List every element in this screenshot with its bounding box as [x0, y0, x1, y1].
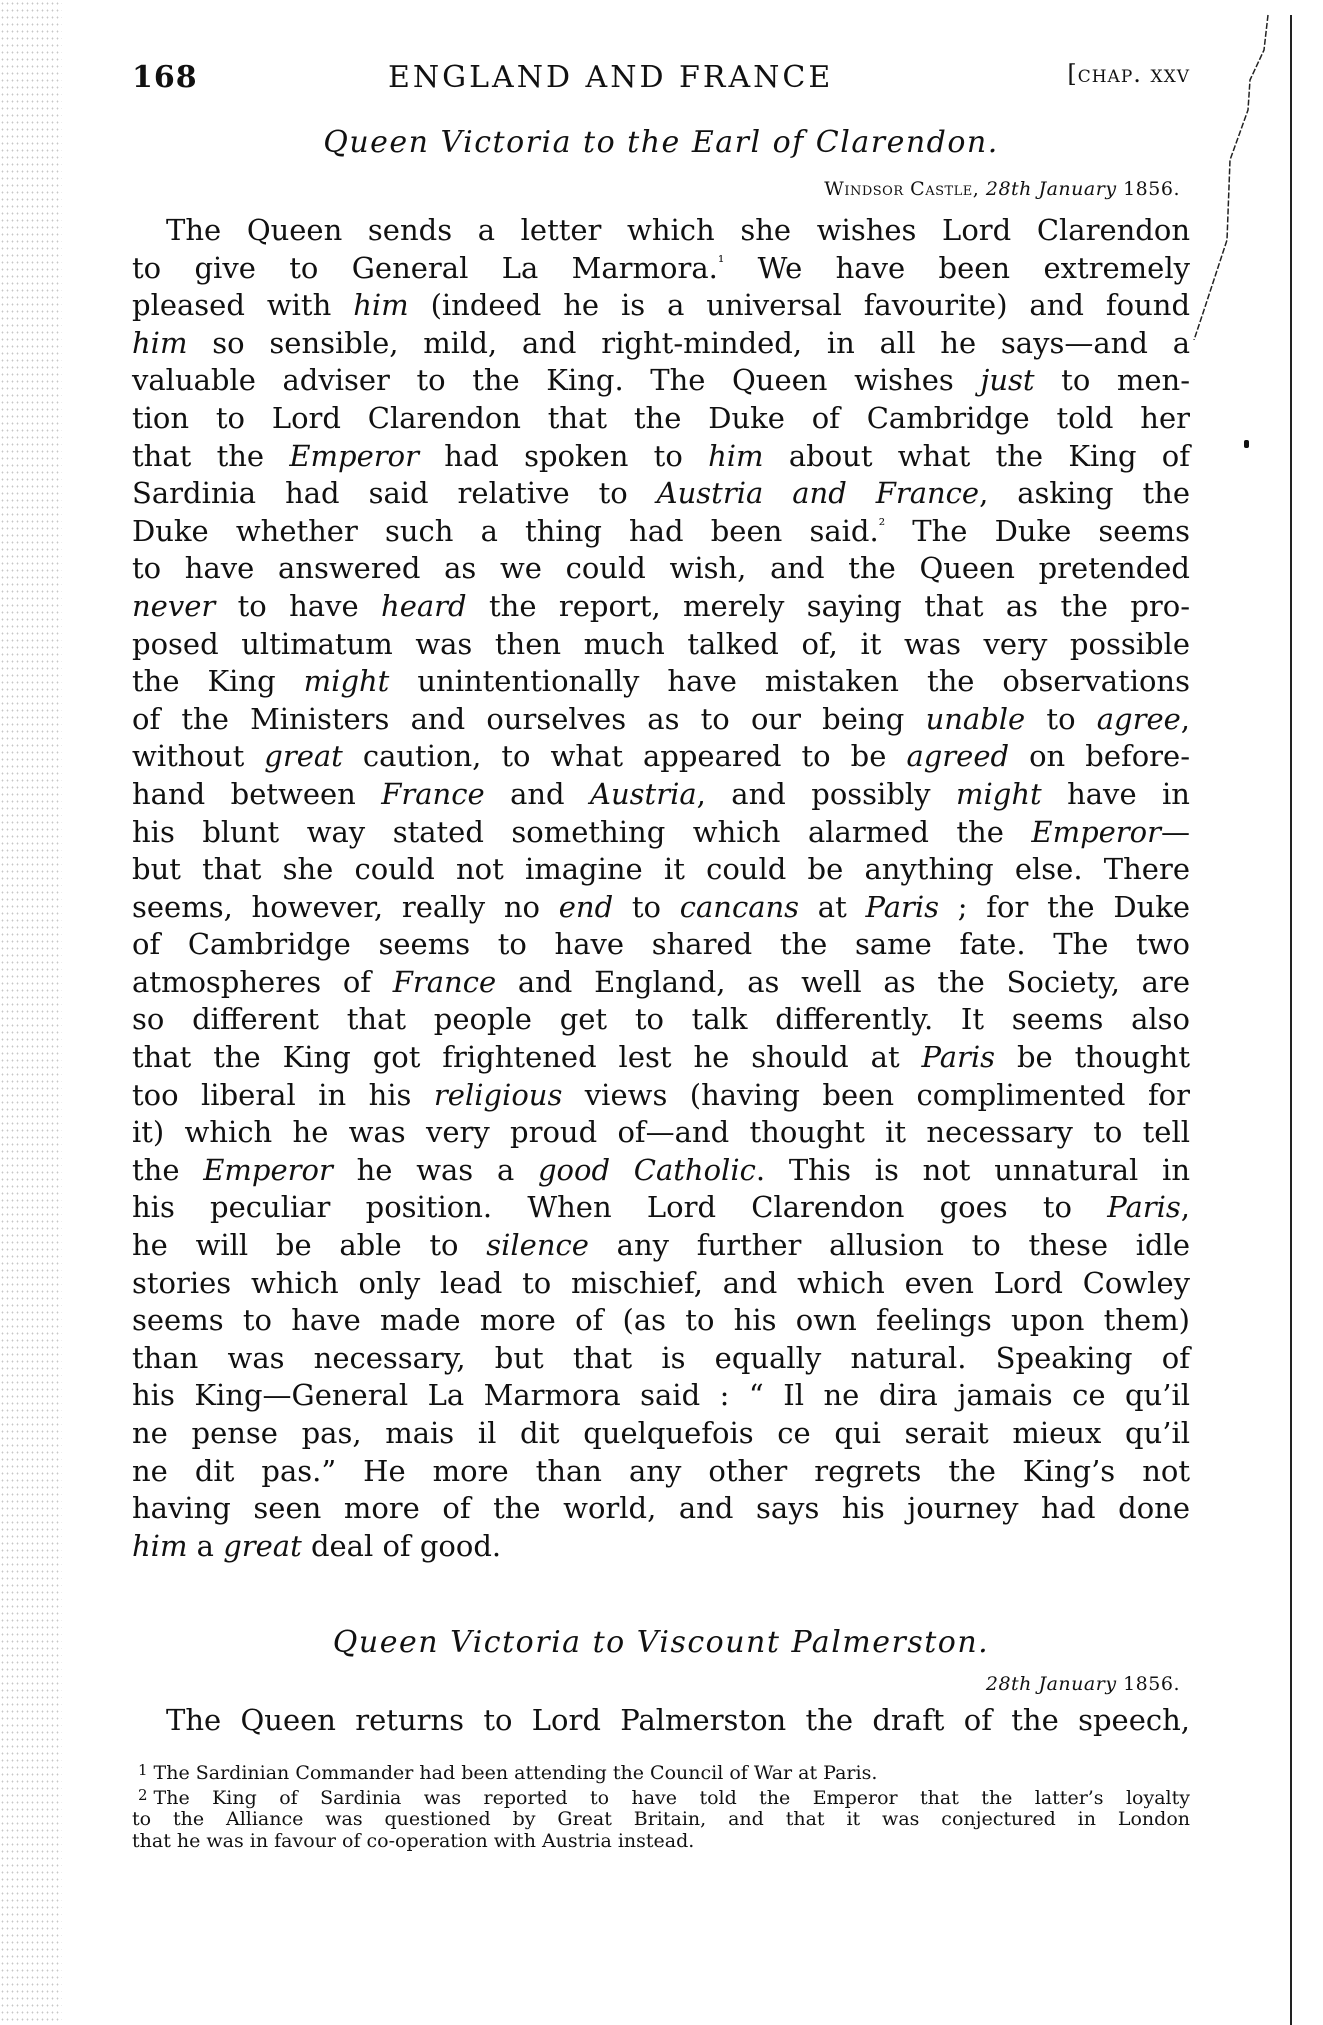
letter-heading-2: Queen Victoria to Viscount Palmerston. [132, 1625, 1190, 1660]
text-line: him a great deal of good. [132, 1528, 1190, 1566]
chapter-label: [chap. xxv [1067, 60, 1190, 88]
text-line: ne dit pas.” He more than any other regr… [132, 1453, 1190, 1491]
footnote-number: 2 [138, 1786, 148, 1804]
text-line: the Emperor he was a good Catholic. This… [132, 1152, 1190, 1190]
text-line: than was necessary, but that is equally … [132, 1340, 1190, 1378]
letter-dateline-2: 28th January 1856. [986, 1673, 1180, 1695]
chapter-bracket: [ [1067, 60, 1077, 88]
dateline-month: January [1038, 1673, 1116, 1695]
text-line: that the King got frightened lest he sho… [132, 1039, 1190, 1077]
text-line: him so sensible, mild, and right-minded,… [132, 325, 1190, 363]
text-line: hand between France and Austria, and pos… [132, 776, 1190, 814]
page-edge-curve [1190, 10, 1270, 340]
letter-dateline: Windsor Castle, 28th January 1856. [824, 178, 1180, 200]
dateline-month: January [1038, 178, 1116, 200]
text-line: tion to Lord Clarendon that the Duke of … [132, 400, 1190, 438]
dateline-day: 28th [986, 178, 1032, 200]
text-line: The Queen returns to Lord Palmerston the… [132, 1702, 1190, 1740]
text-line: seems to have made more of (as to his ow… [132, 1302, 1190, 1340]
footnote-2: 2The King of Sardinia was reported to ha… [132, 1785, 1190, 1810]
footnote-2-cont: that he was in favour of co-operation wi… [132, 1831, 1190, 1853]
dateline-year: 1856. [1123, 1673, 1180, 1695]
text-line: Duke whether such a thing had been said.… [132, 513, 1190, 551]
text-line: posed ultimatum was then much talked of,… [132, 626, 1190, 664]
text-line: he will be able to silence any further a… [132, 1227, 1190, 1265]
text-line: so different that people get to talk dif… [132, 1001, 1190, 1039]
text-line: valuable adviser to the King. The Queen … [132, 362, 1190, 400]
dateline-place: Windsor Castle, [824, 178, 979, 200]
text-line: too liberal in his religious views (havi… [132, 1077, 1190, 1115]
running-head: 168 ENGLAND AND FRANCE [chap. xxv [132, 60, 1190, 100]
page-number: 168 [132, 60, 198, 95]
text-line: pleased with him (indeed he is a univers… [132, 287, 1190, 325]
text-line: having seen more of the world, and says … [132, 1490, 1190, 1528]
text-line: of Cambridge seems to have shared the sa… [132, 926, 1190, 964]
text-line: his King—General La Marmora said : “ Il … [132, 1377, 1190, 1415]
scan-speck [1244, 440, 1249, 448]
footnote-number: 1 [138, 1761, 148, 1779]
text-line: to have answered as we could wish, and t… [132, 550, 1190, 588]
scan-gutter-noise [0, 0, 62, 2025]
page-edge-rule [1290, 15, 1292, 2025]
text-line: seems, however, really no end to cancans… [132, 889, 1190, 927]
text-line: without great caution, to what appeared … [132, 738, 1190, 776]
text-line: but that she could not imagine it could … [132, 851, 1190, 889]
letter-heading: Queen Victoria to the Earl of Clarendon. [132, 125, 1190, 160]
text-line: never to have heard the report, merely s… [132, 588, 1190, 626]
text-line: Sardinia had said relative to Austria an… [132, 475, 1190, 513]
text-line: atmospheres of France and England, as we… [132, 964, 1190, 1002]
text-line: his blunt way stated something which ala… [132, 814, 1190, 852]
text-line: The Queen sends a letter which she wishe… [132, 212, 1190, 250]
text-line: the King might unintentionally have mist… [132, 663, 1190, 701]
text-line: of the Ministers and ourselves as to our… [132, 701, 1190, 739]
letter-body-2: The Queen returns to Lord Palmerston the… [132, 1702, 1190, 1740]
footnote-text: The Sardinian Commander had been attendi… [154, 1762, 878, 1784]
letter-body: The Queen sends a letter which she wishe… [132, 212, 1190, 1565]
text-line: to give to General La Marmora.¹ We have … [132, 250, 1190, 288]
text-line: stories which only lead to mischief, and… [132, 1265, 1190, 1303]
footnote-1: 1The Sardinian Commander had been attend… [132, 1760, 1190, 1785]
footnote-2-cont: to the Alliance was questioned by Great … [132, 1809, 1190, 1831]
dateline-day: 28th [986, 1673, 1032, 1695]
text-line: ne pense pas, mais il dit quelquefois ce… [132, 1415, 1190, 1453]
footnotes: 1The Sardinian Commander had been attend… [132, 1760, 1190, 1852]
text-line: that the Emperor had spoken to him about… [132, 438, 1190, 476]
text-line: his peculiar position. When Lord Clarend… [132, 1189, 1190, 1227]
text-line: it) which he was very proud of—and thoug… [132, 1114, 1190, 1152]
dateline-year: 1856. [1123, 178, 1180, 200]
footnote-text: The King of Sardinia was reported to hav… [154, 1787, 1190, 1809]
chapter-number: chap. xxv [1078, 60, 1190, 88]
running-title: ENGLAND AND FRANCE [388, 60, 833, 95]
